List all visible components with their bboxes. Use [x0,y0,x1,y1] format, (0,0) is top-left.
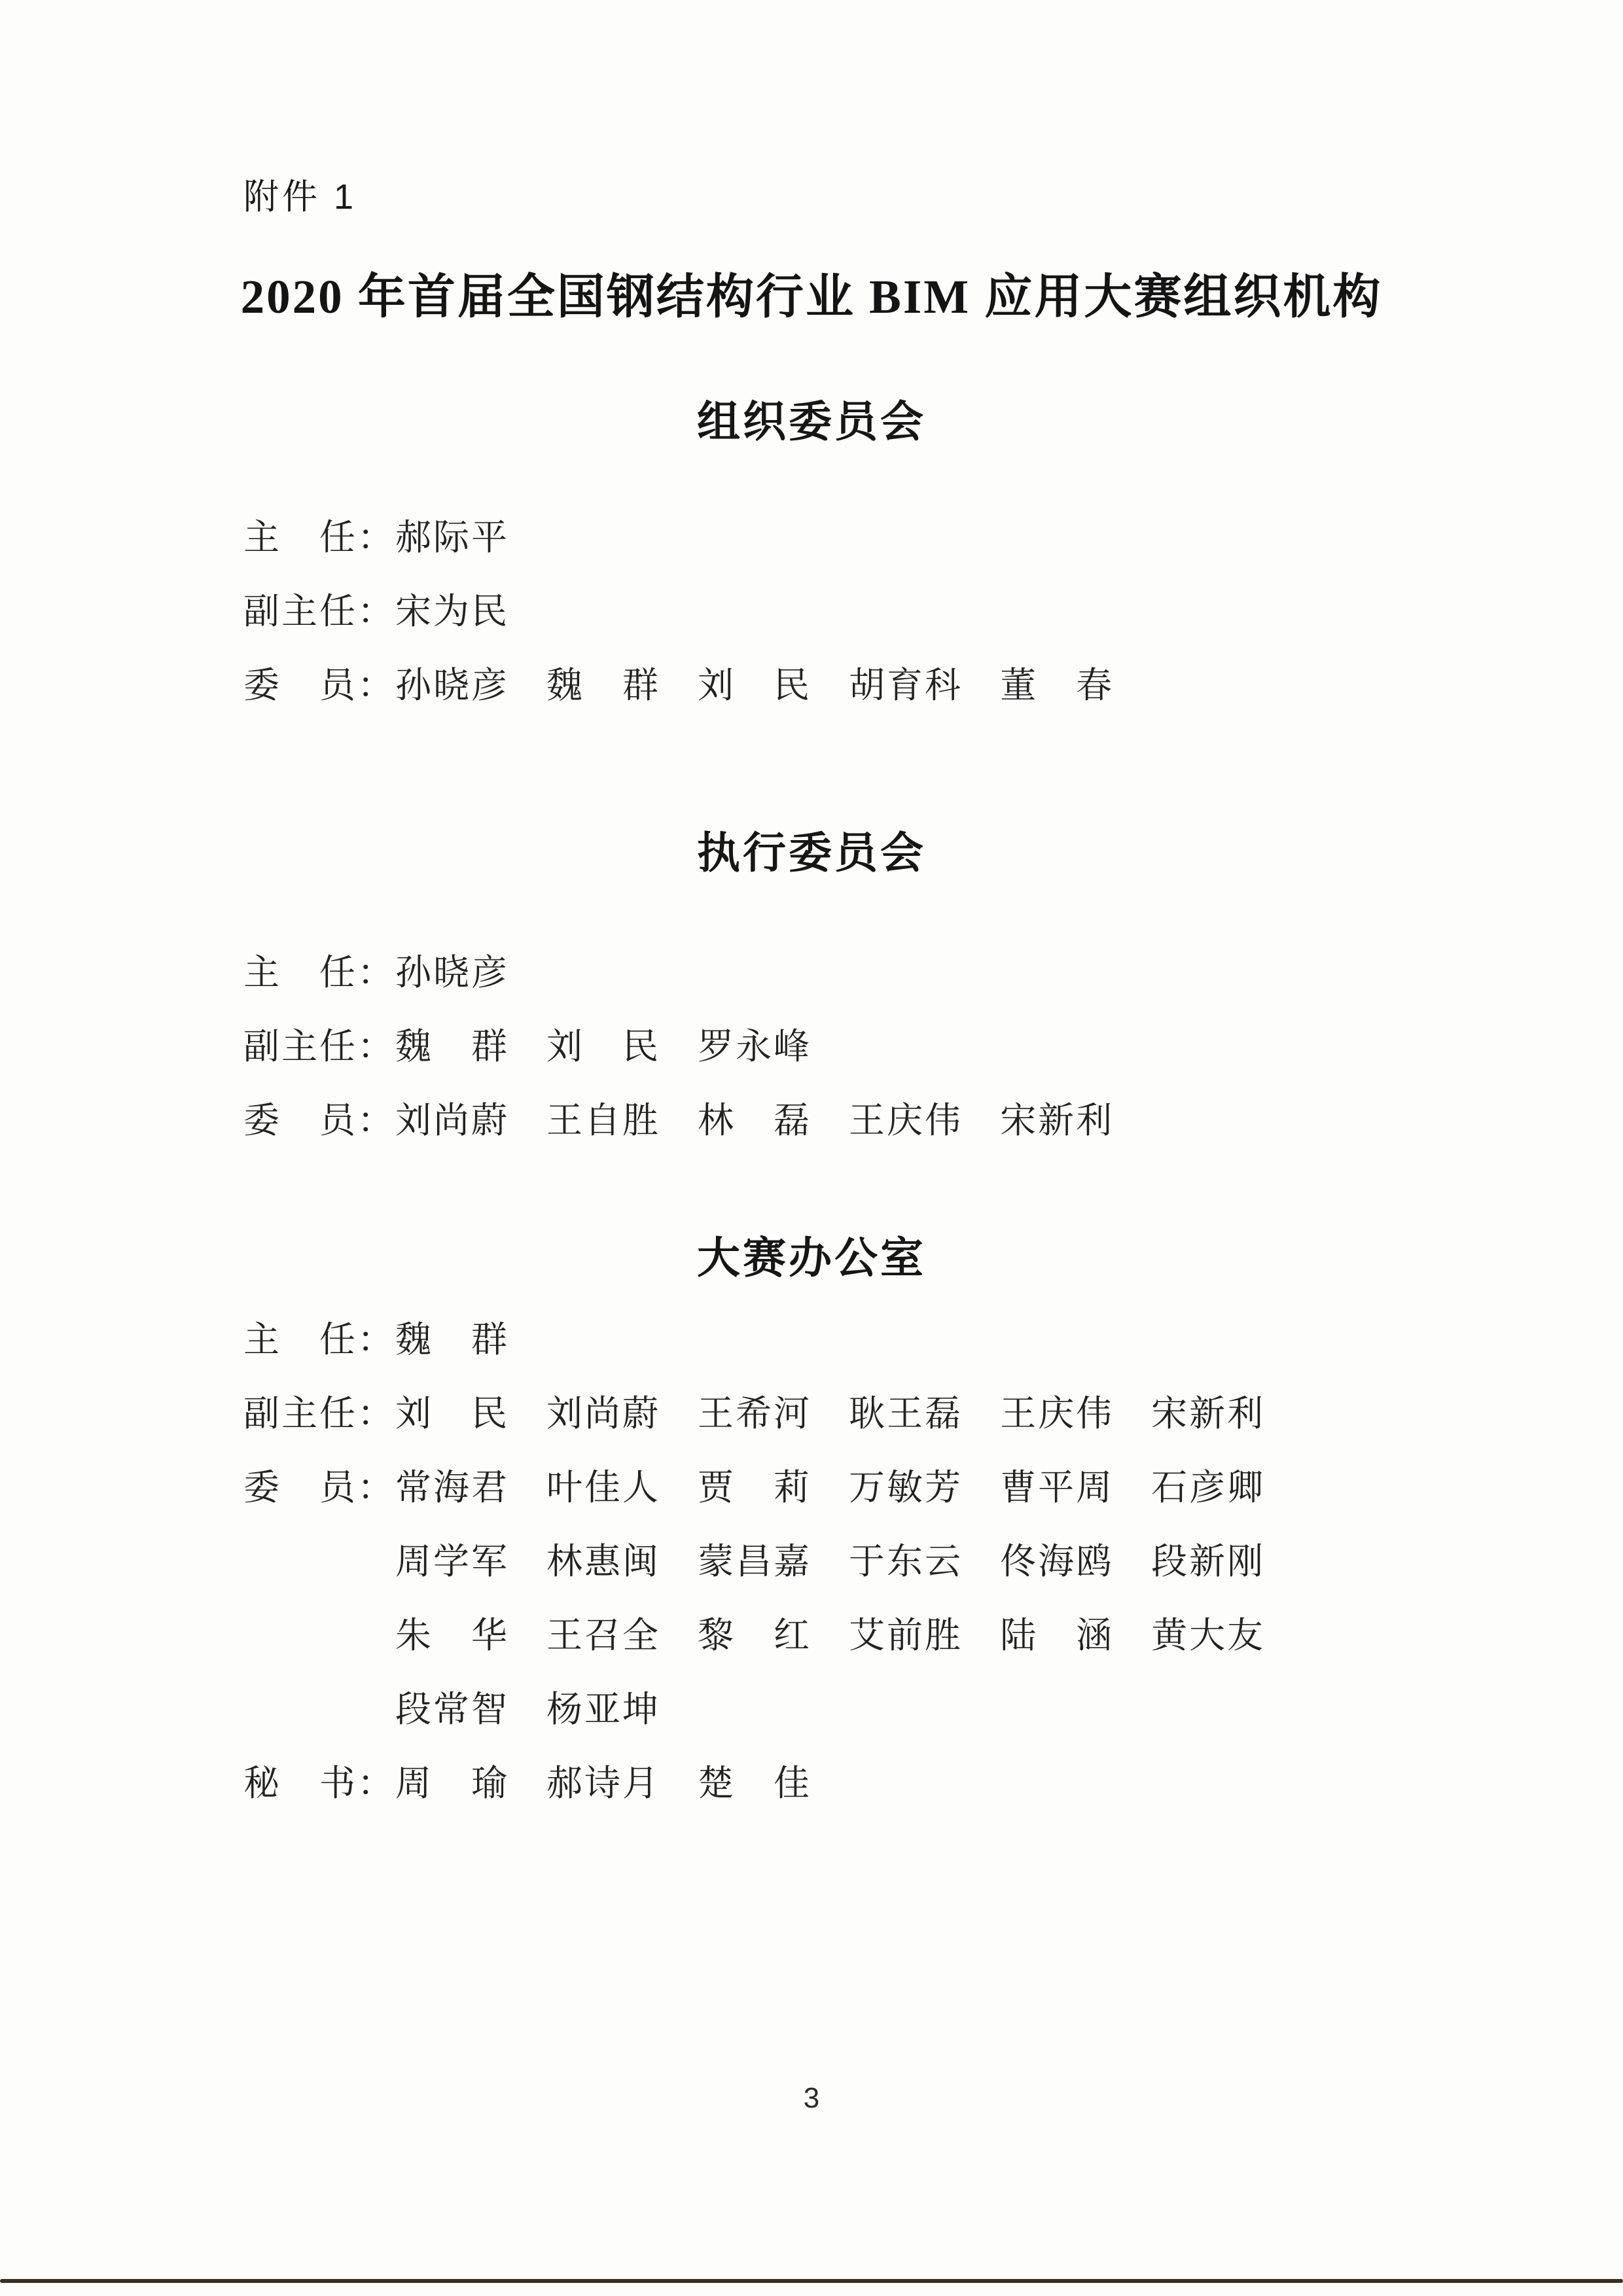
member-name: 罗永峰 [698,1017,811,1069]
committee-row: 主 任： 郝际平 [243,497,1623,571]
member-names: 刘尚蔚 王自胜 林 磊 王庆伟 宋新利 [395,1091,1114,1143]
member-name: 贾 莉 [698,1458,811,1510]
section-heading-competition-office: 大赛办公室 [0,1234,1623,1284]
member-name: 刘 民 [698,656,811,708]
member-name: 万敏芳 [849,1458,963,1510]
member-names: 孙晓彦 魏 群 刘 民 胡育科 董 春 [395,656,1114,708]
member-name: 曹平周 [1000,1458,1114,1510]
member-name: 刘 民 [395,1385,509,1436]
role-label: 副主任： [243,1385,395,1436]
member-name: 宋新利 [1000,1091,1114,1143]
member-name: 胡育科 [849,656,963,708]
role-label: 主 任： [243,508,395,560]
member-name: 刘 民 [546,1017,660,1069]
committee-row-continuation: 段常智 杨亚坤 [243,1669,1623,1743]
member-name: 蒙昌嘉 [698,1532,811,1584]
member-name: 王自胜 [546,1091,660,1143]
member-name: 楚 佳 [698,1754,811,1806]
member-names: 魏 群 [395,1311,509,1362]
committee-row: 副主任： 刘 民 刘尚蔚 王希河 耿王磊 王庆伟 宋新利 [243,1373,1623,1447]
committee-row-continuation: 朱 华 王召全 黎 红 艾前胜 陆 涵 黄大友 [243,1595,1623,1669]
member-name: 王希河 [698,1385,811,1436]
member-name: 陆 涵 [1000,1606,1114,1658]
member-name: 黎 红 [698,1606,811,1658]
role-label: 委 员： [243,1458,395,1510]
member-name: 叶佳人 [546,1458,660,1510]
committee-row: 委 员： 孙晓彦 魏 群 刘 民 胡育科 董 春 [243,645,1623,719]
member-names: 魏 群 刘 民 罗永峰 [395,1017,811,1069]
section-heading-organizing-committee: 组织委员会 [0,398,1623,448]
committee-row: 副主任： 宋为民 [243,571,1623,645]
member-names: 刘 民 刘尚蔚 王希河 耿王磊 王庆伟 宋新利 [395,1385,1265,1436]
member-name: 段常智 [395,1680,509,1732]
member-name: 刘尚蔚 [546,1385,660,1436]
member-name: 段新刚 [1151,1532,1265,1584]
member-names: 周 瑜 郝诗月 楚 佳 [395,1754,811,1806]
member-name: 佟海鸥 [1000,1532,1114,1584]
member-names: 周学军 林惠闽 蒙昌嘉 于东云 佟海鸥 段新刚 [395,1532,1265,1584]
role-label: 主 任： [243,944,395,995]
member-name: 于东云 [849,1532,963,1584]
section-heading-executive-committee: 执行委员会 [0,829,1623,879]
committee-row: 主 任： 魏 群 [243,1299,1623,1373]
member-name: 宋为民 [395,582,509,634]
member-name: 魏 群 [546,656,660,708]
committee-row: 副主任： 魏 群 刘 民 罗永峰 [243,1006,1623,1080]
committee-row: 委 员： 刘尚蔚 王自胜 林 磊 王庆伟 宋新利 [243,1080,1623,1154]
member-name: 宋新利 [1151,1385,1265,1436]
member-name: 孙晓彦 [395,944,509,995]
member-name: 林 磊 [698,1091,811,1143]
member-names: 孙晓彦 [395,944,509,995]
role-label: 主 任： [243,1311,395,1362]
member-name: 朱 华 [395,1606,509,1658]
member-names: 郝际平 [395,508,509,560]
member-names: 段常智 杨亚坤 [395,1680,660,1732]
member-names: 常海君 叶佳人 贾 莉 万敏芳 曹平周 石彦卿 [395,1458,1265,1510]
section-organizing-committee: 主 任： 郝际平 副主任： 宋为民 委 员： 孙晓彦 魏 群 刘 民 胡育科 董… [243,497,1623,719]
member-name: 艾前胜 [849,1606,963,1658]
member-name: 杨亚坤 [546,1680,660,1732]
member-name: 黄大友 [1151,1606,1265,1658]
document-page: 附件 1 2020 年首届全国钢结构行业 BIM 应用大赛组织机构 组织委员会 … [0,0,1623,2296]
scanner-paper-edge [0,2279,1623,2283]
committee-row: 委 员： 常海君 叶佳人 贾 莉 万敏芳 曹平周 石彦卿 [243,1447,1623,1521]
page-number: 3 [0,2082,1623,2115]
member-names: 宋为民 [395,582,509,634]
attachment-label: 附件 1 [243,175,1623,219]
member-name: 王庆伟 [1000,1385,1114,1436]
document-title: 2020 年首届全国钢结构行业 BIM 应用大赛组织机构 [0,270,1623,325]
committee-row: 主 任： 孙晓彦 [243,932,1623,1006]
member-name: 王召全 [546,1606,660,1658]
role-label: 委 员： [243,656,395,708]
member-name: 石彦卿 [1151,1458,1265,1510]
member-name: 董 春 [1000,656,1114,708]
section-executive-committee: 主 任： 孙晓彦 副主任： 魏 群 刘 民 罗永峰 委 员： 刘尚蔚 王自胜 林… [243,932,1623,1154]
member-name: 刘尚蔚 [395,1091,509,1143]
member-name: 耿王磊 [849,1385,963,1436]
member-name: 周 瑜 [395,1754,509,1806]
member-name: 王庆伟 [849,1091,963,1143]
member-name: 魏 群 [395,1311,509,1362]
member-name: 周学军 [395,1532,509,1584]
member-names: 朱 华 王召全 黎 红 艾前胜 陆 涵 黄大友 [395,1606,1265,1658]
member-name: 郝际平 [395,508,509,560]
role-label: 秘 书： [243,1754,395,1806]
member-name: 常海君 [395,1458,509,1510]
member-name: 郝诗月 [546,1754,660,1806]
member-name: 魏 群 [395,1017,509,1069]
member-name: 孙晓彦 [395,656,509,708]
section-competition-office: 主 任： 魏 群 副主任： 刘 民 刘尚蔚 王希河 耿王磊 王庆伟 宋新利 委 … [243,1299,1623,1817]
committee-row: 秘 书： 周 瑜 郝诗月 楚 佳 [243,1743,1623,1817]
committee-row-continuation: 周学军 林惠闽 蒙昌嘉 于东云 佟海鸥 段新刚 [243,1521,1623,1595]
member-name: 林惠闽 [546,1532,660,1584]
role-label: 副主任： [243,1017,395,1069]
role-label: 委 员： [243,1091,395,1143]
role-label: 副主任： [243,582,395,634]
